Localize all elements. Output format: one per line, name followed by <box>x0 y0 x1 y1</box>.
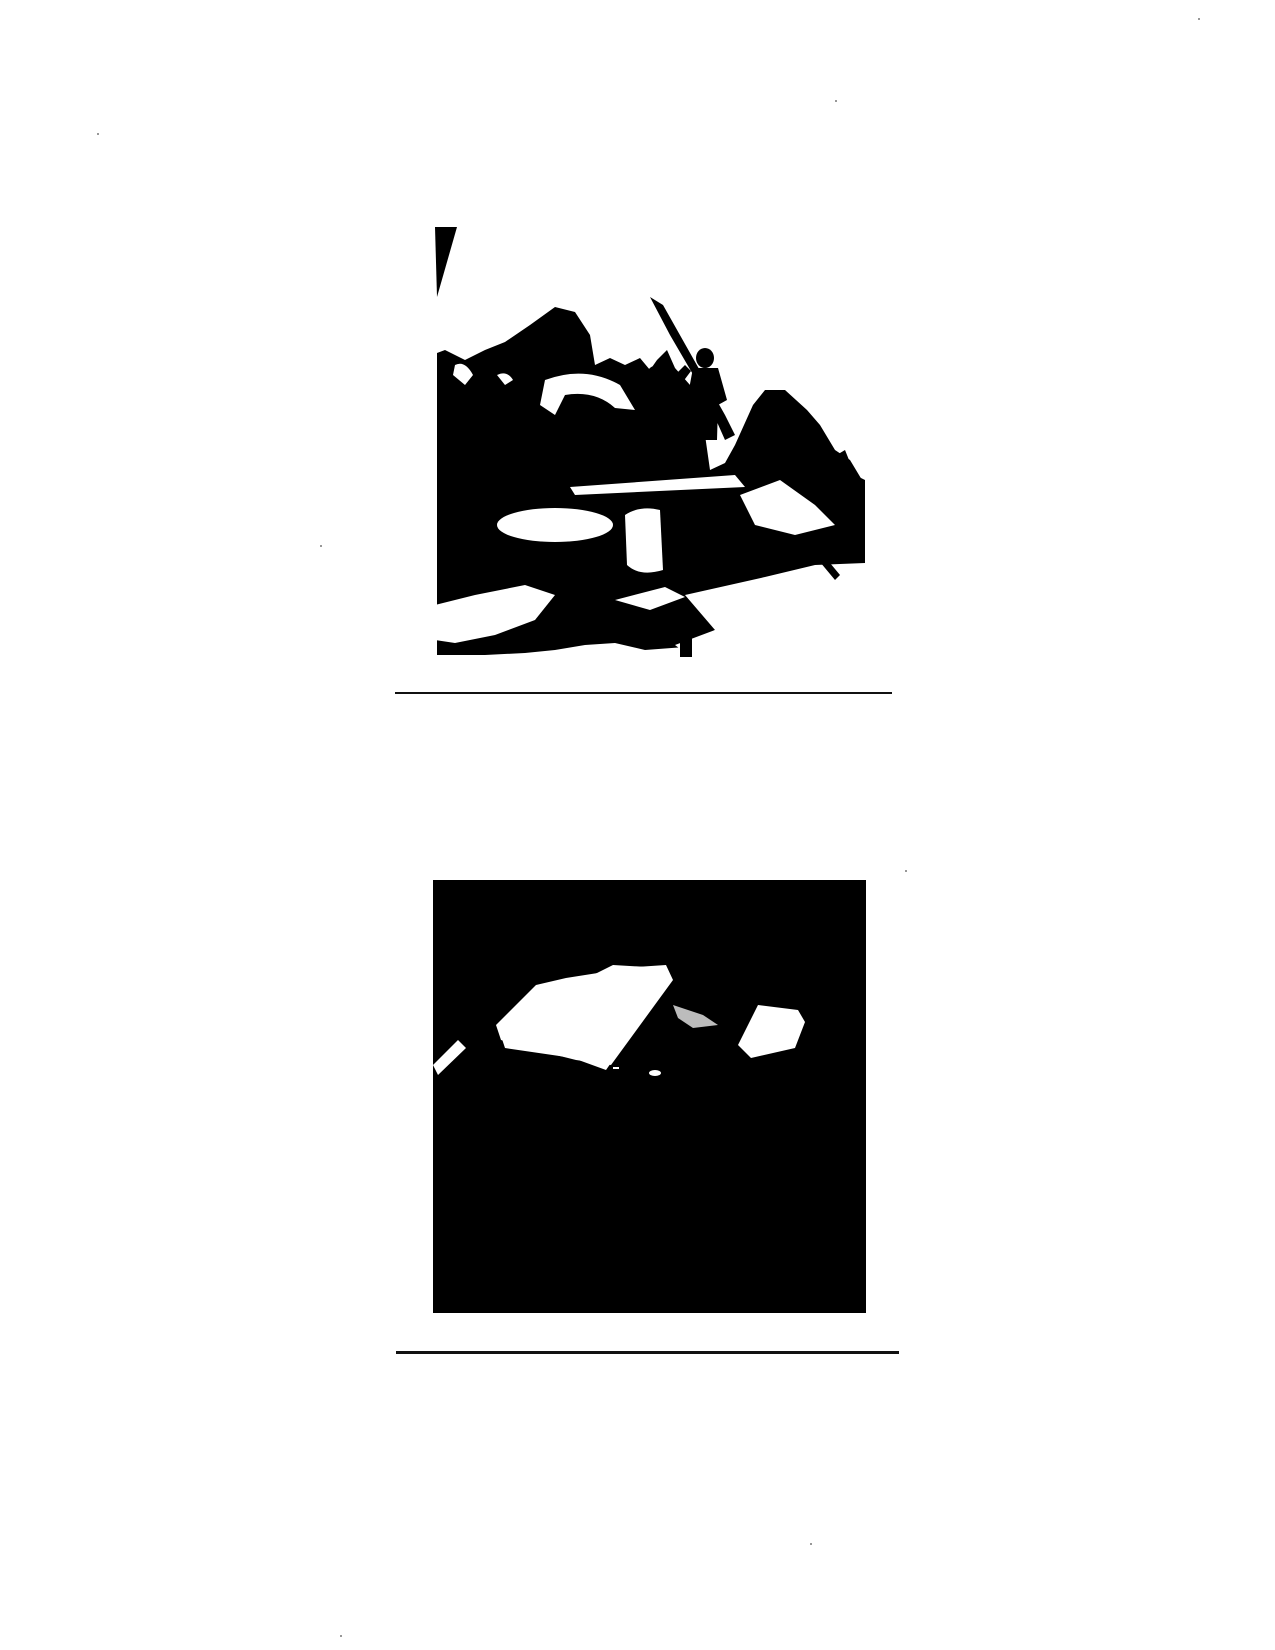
aircraft-fragment-photo: High-contrast, mostly dark photograph sh… <box>433 880 866 1313</box>
aircraft-wreck-photo: High-contrast photograph of a crashed or… <box>435 225 865 660</box>
scan-speck <box>810 1543 812 1545</box>
photo-divider-line <box>396 1351 899 1354</box>
scan-speck <box>340 1635 342 1637</box>
photo-divider-line <box>395 692 892 694</box>
scan-speck <box>1198 18 1200 20</box>
aircraft-wreck-image <box>435 225 865 660</box>
scan-speck <box>97 133 99 135</box>
scan-speck <box>320 545 322 547</box>
scan-speck <box>835 100 837 102</box>
scan-speck <box>905 870 907 872</box>
aircraft-fragment-image <box>433 880 866 1313</box>
